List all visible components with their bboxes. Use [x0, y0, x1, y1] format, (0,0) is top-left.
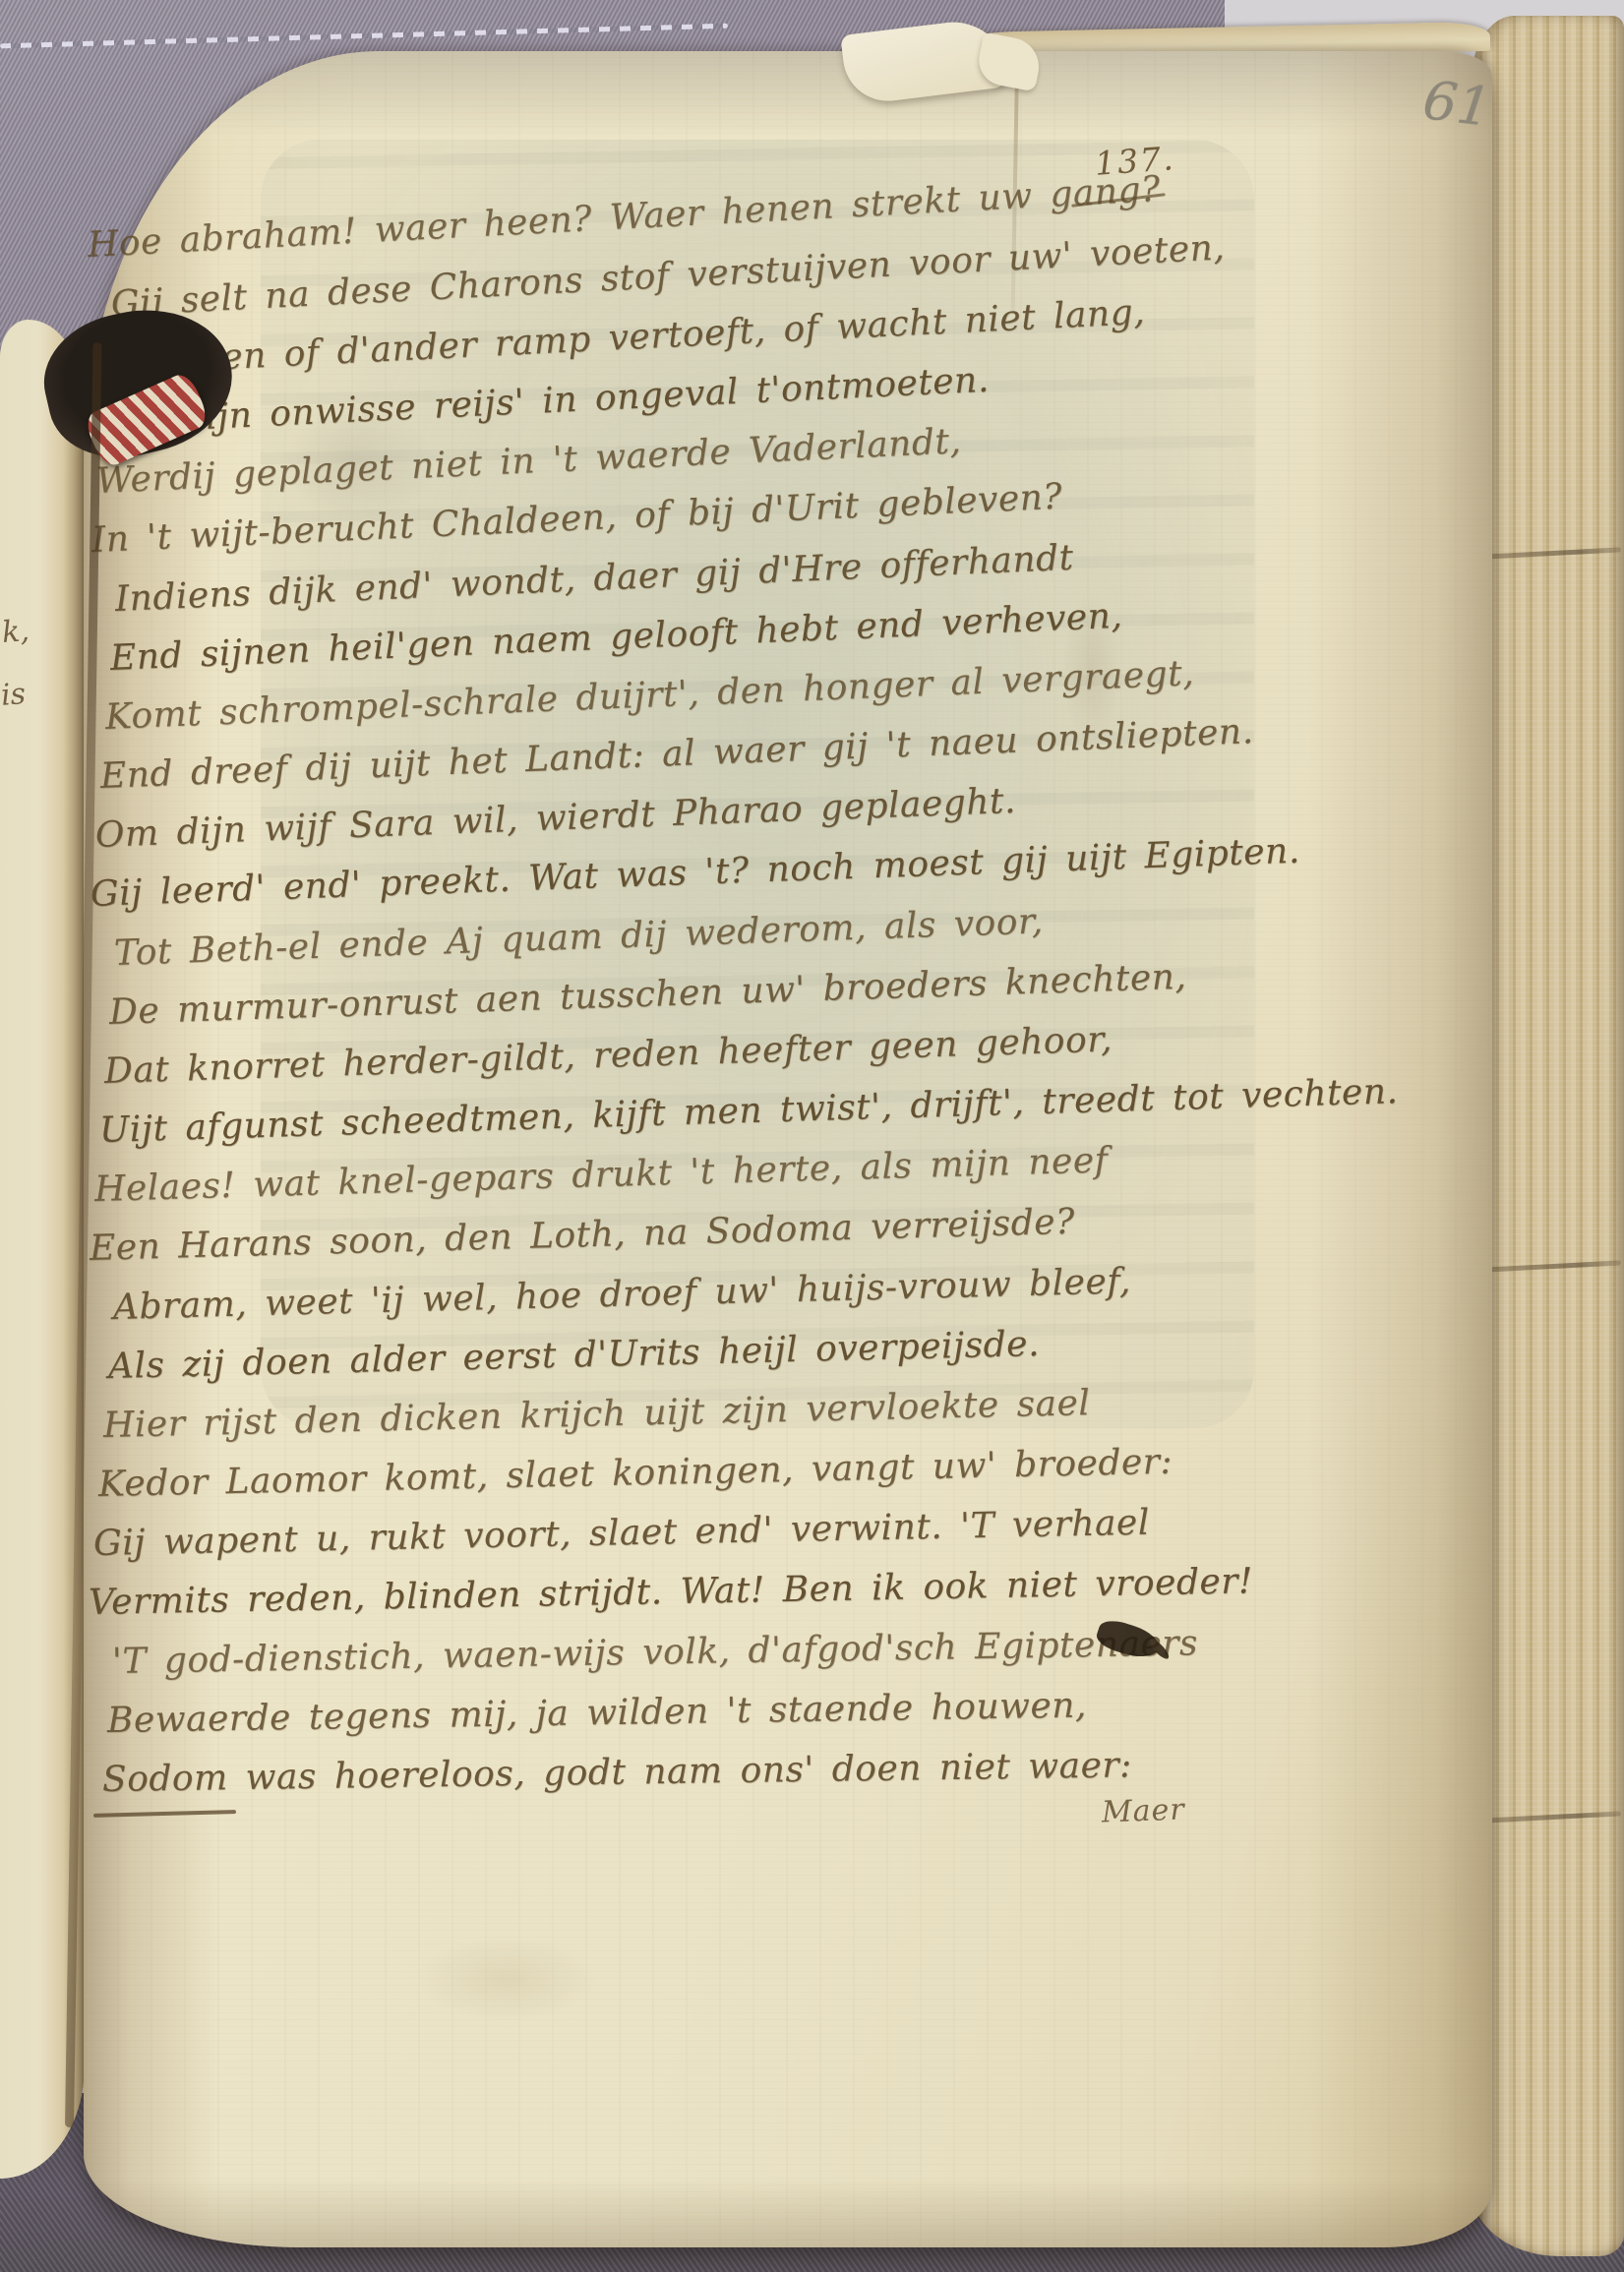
- photograph-of-open-book: k, is 61 137. Hoe abraham! waer heen? Wa…: [0, 0, 1624, 2272]
- catchword: Maer: [1101, 1793, 1185, 1830]
- verso-text-fragment: k,: [1, 614, 30, 650]
- manuscript-lines: Hoe abraham! waer heen? Waer henen strek…: [101, 216, 1277, 1810]
- fore-edge-page-stack: [1471, 16, 1624, 2256]
- verso-text-fragment: is: [0, 677, 27, 713]
- manuscript-page: 61 137. Hoe abraham! waer heen? Waer hen…: [84, 51, 1492, 2247]
- pencil-folio-number: 61: [1419, 69, 1494, 139]
